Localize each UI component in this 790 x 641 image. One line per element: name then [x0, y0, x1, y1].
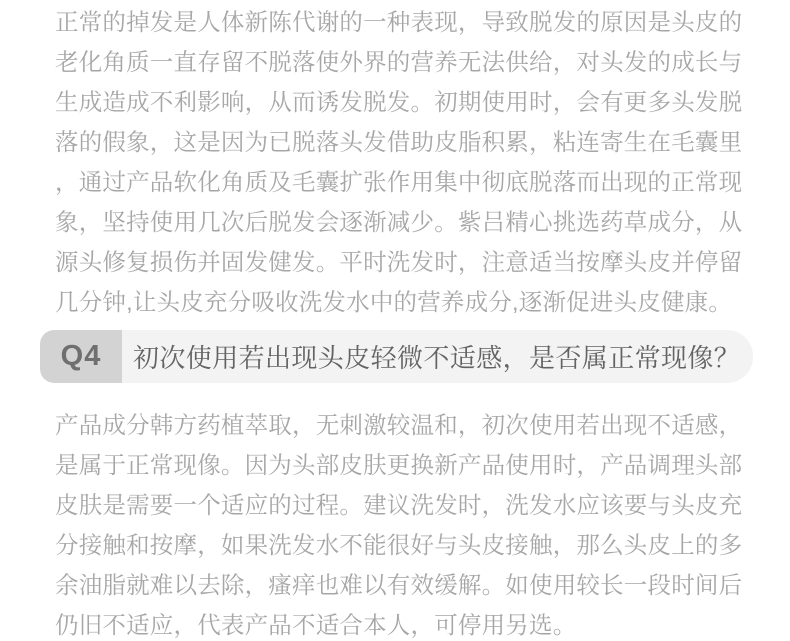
answer-paragraph-line: 皮肤是需要一个适应的过程。建议洗发时，洗发水应该要与头皮充 [55, 485, 760, 525]
intro-paragraph-line: 生成造成不利影响，从而诱发脱发。初期使用时，会有更多头发脱 [55, 82, 760, 122]
question-text: 初次使用若出现头皮轻微不适感，是否属正常现像？ [133, 338, 740, 375]
intro-paragraph-line: 象，坚持使用几次后脱发会逐渐减少。紫吕精心挑选药草成分，从 [55, 202, 760, 242]
product-detail-page: 正常的掉发是人体新陈代谢的一种表现，导致脱发的原因是头皮的 老化角质一直存留不脱… [0, 0, 790, 641]
intro-paragraph-line: 几分钟,让头皮充分吸收洗发水中的营养成分,逐渐促进头皮健康。 [55, 282, 760, 322]
answer-paragraph: 产品成分韩方药植萃取，无刺激较温和，初次使用若出现不适感， 是属于正常现像。因为… [0, 405, 790, 641]
intro-paragraph-line: 正常的掉发是人体新陈代谢的一种表现，导致脱发的原因是头皮的 [55, 2, 760, 42]
intro-paragraph-line: 老化角质一直存留不脱落使外界的营养无法供给，对头发的成长与 [55, 42, 760, 82]
question-number-label: Q4 [61, 340, 102, 373]
faq-question-bar: Q4 初次使用若出现头皮轻微不适感，是否属正常现像？ [40, 330, 753, 383]
answer-paragraph-line: 分接触和按摩，如果洗发水不能很好与头皮接触，那么头皮上的多 [55, 525, 760, 565]
answer-paragraph-line: 产品成分韩方药植萃取，无刺激较温和，初次使用若出现不适感， [55, 405, 760, 445]
intro-paragraph-line: 落的假象，这是因为已脱落头发借助皮脂积累，粘连寄生在毛囊里 [55, 122, 760, 162]
intro-paragraph-line: 源头修复损伤并固发健发。平时洗发时，注意适当按摩头皮并停留 [55, 242, 760, 282]
intro-paragraph: 正常的掉发是人体新陈代谢的一种表现，导致脱发的原因是头皮的 老化角质一直存留不脱… [0, 0, 790, 322]
answer-paragraph-line: 是属于正常现像。因为头部皮肤更换新产品使用时，产品调理头部 [55, 445, 760, 485]
intro-paragraph-line: ，通过产品软化角质及毛囊扩张作用集中彻底脱落而出现的正常现 [55, 162, 760, 202]
question-number-badge: Q4 [40, 330, 122, 383]
answer-paragraph-line: 余油脂就难以去除，瘙痒也难以有效缓解。如使用较长一段时间后 [55, 565, 760, 605]
answer-paragraph-line: 仍旧不适应，代表产品不适合本人，可停用另选。 [55, 605, 760, 641]
